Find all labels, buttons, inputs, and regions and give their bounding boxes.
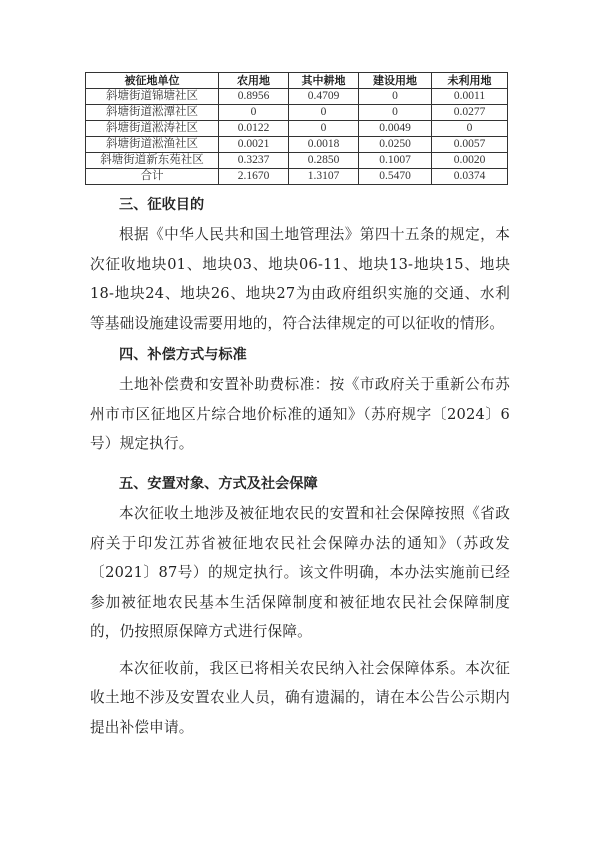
cell-unit: 斜塘街道淞潭社区 (86, 105, 219, 121)
cell-cultivated: 0.0018 (289, 137, 359, 153)
table-row: 斜塘街道新东苑社区 0.3237 0.2850 0.1007 0.0020 (86, 153, 508, 169)
cell-cultivated: 0.2850 (289, 153, 359, 169)
section-heading: 四、补偿方式与标准 (90, 341, 510, 370)
cell-agricultural: 0.3237 (219, 153, 289, 169)
cell-unused: 0.0374 (432, 169, 508, 185)
cell-construction: 0.5470 (359, 169, 432, 185)
cell-unit: 斜塘街道新东苑社区 (86, 153, 219, 169)
cell-cultivated: 0 (289, 121, 359, 137)
cell-unit: 合计 (86, 169, 219, 185)
cell-unused: 0.0057 (432, 137, 508, 153)
cell-agricultural: 2.1670 (219, 169, 289, 185)
cell-agricultural: 0 (219, 105, 289, 121)
header-construction: 建设用地 (359, 73, 432, 89)
table-row: 斜塘街道淞潭社区 0 0 0 0.0277 (86, 105, 508, 121)
section-heading: 五、安置对象、方式及社会保障 (90, 470, 510, 499)
document-page: 被征地单位 农用地 其中耕地 建设用地 未利用地 斜塘街道锦塘社区 0.8956… (0, 0, 595, 841)
cell-agricultural: 0.0021 (219, 137, 289, 153)
land-acquisition-table: 被征地单位 农用地 其中耕地 建设用地 未利用地 斜塘街道锦塘社区 0.8956… (85, 72, 508, 185)
cell-construction: 0.0049 (359, 121, 432, 137)
section-paragraph: 土地补偿费和安置补助费标准：按《市政府关于重新公布苏州市市区征地区片综合地价标准… (90, 370, 510, 459)
header-cultivated: 其中耕地 (289, 73, 359, 89)
section-paragraph: 根据《中华人民共和国土地管理法》第四十五条的规定，本次征收地块01、地块03、地… (90, 220, 510, 338)
cell-agricultural: 0.8956 (219, 89, 289, 105)
table-row: 斜塘街道淞涛社区 0.0122 0 0.0049 0 (86, 121, 508, 137)
cell-unused: 0.0277 (432, 105, 508, 121)
cell-agricultural: 0.0122 (219, 121, 289, 137)
section-purpose: 三、征收目的 根据《中华人民共和国土地管理法》第四十五条的规定，本次征收地块01… (90, 191, 510, 338)
cell-construction: 0.0250 (359, 137, 432, 153)
section-compensation: 四、补偿方式与标准 土地补偿费和安置补助费标准：按《市政府关于重新公布苏州市市区… (90, 341, 510, 459)
cell-unused: 0 (432, 121, 508, 137)
cell-unused: 0.0020 (432, 153, 508, 169)
cell-construction: 0 (359, 89, 432, 105)
header-unit: 被征地单位 (86, 73, 219, 89)
section-heading: 三、征收目的 (90, 191, 510, 220)
section-resettlement: 五、安置对象、方式及社会保障 本次征收土地涉及被征地农民的安置和社会保障按照《省… (90, 470, 510, 742)
header-unused: 未利用地 (432, 73, 508, 89)
cell-construction: 0 (359, 105, 432, 121)
section-paragraph: 本次征收前，我区已将相关农民纳入社会保障体系。本次征收土地不涉及安置农业人员，确… (90, 654, 510, 743)
cell-cultivated: 0 (289, 105, 359, 121)
cell-unit: 斜塘街道锦塘社区 (86, 89, 219, 105)
table-total-row: 合计 2.1670 1.3107 0.5470 0.0374 (86, 169, 508, 185)
table-row: 斜塘街道淞渔社区 0.0021 0.0018 0.0250 0.0057 (86, 137, 508, 153)
cell-cultivated: 1.3107 (289, 169, 359, 185)
table-row: 斜塘街道锦塘社区 0.8956 0.4709 0 0.0011 (86, 89, 508, 105)
cell-construction: 0.1007 (359, 153, 432, 169)
cell-unused: 0.0011 (432, 89, 508, 105)
cell-cultivated: 0.4709 (289, 89, 359, 105)
cell-unit: 斜塘街道淞涛社区 (86, 121, 219, 137)
section-paragraph: 本次征收土地涉及被征地农民的安置和社会保障按照《省政府关于印发江苏省被征地农民社… (90, 499, 510, 647)
header-agricultural: 农用地 (219, 73, 289, 89)
cell-unit: 斜塘街道淞渔社区 (86, 137, 219, 153)
table-header-row: 被征地单位 农用地 其中耕地 建设用地 未利用地 (86, 73, 508, 89)
